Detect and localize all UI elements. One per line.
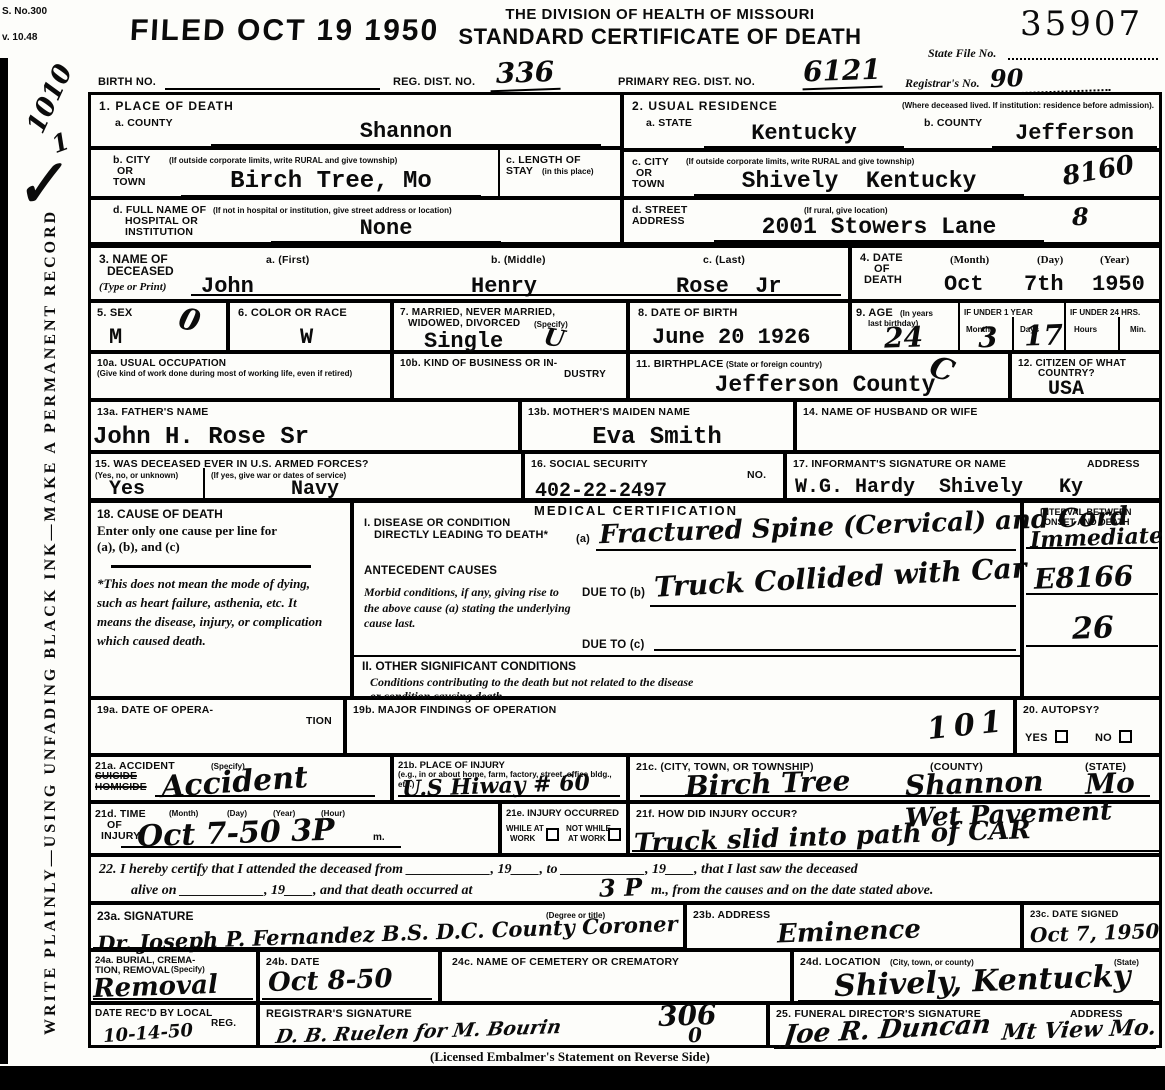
s23-address-value: Eminence	[777, 914, 922, 949]
s18-line1: Enter only one cause per line for (a), (…	[97, 523, 297, 555]
field-14-spouse-box: 14. NAME OF HUSBAND OR WIFE	[795, 400, 1162, 452]
s19b-handwritten-101: 101	[925, 704, 1009, 747]
s2-city-handwritten: 8160	[1060, 150, 1136, 192]
s20-no-label: NO	[1095, 732, 1112, 745]
s9-div2	[1012, 317, 1014, 350]
med-disease-label2: DIRECTLY LEADING TO DEATH*	[374, 529, 548, 542]
s16-title2: NO.	[747, 469, 766, 482]
s4-day-value: 7th	[1024, 272, 1064, 297]
reg-dist-value: 336	[489, 55, 560, 92]
med-divider	[354, 655, 1020, 657]
primary-reg-value: 6121	[801, 53, 882, 91]
s23-sig-label: 23a. SIGNATURE	[97, 909, 193, 923]
field-3-name-box: 3. NAME OF DECEASED (Type or Print) a. (…	[88, 245, 850, 301]
birth-no-label: BIRTH NO.	[98, 76, 156, 89]
field-10b-industry-box: 10b. KIND OF BUSINESS OR IN- DUSTRY	[392, 352, 628, 400]
s24-d-line	[798, 986, 1153, 1002]
field-23c-date-box: 23c. DATE SIGNED Oct 7, 1950	[1022, 903, 1162, 950]
s3-middle-label: b. (Middle)	[491, 254, 546, 267]
s4-year-label: (Year)	[1100, 254, 1129, 266]
field-8-birthdate-box: 8. DATE OF BIRTH June 20 1926	[628, 301, 850, 352]
s18-rule	[111, 565, 311, 568]
s5-handwritten-mark: 0	[175, 301, 204, 340]
s24-d-label: 24d. LOCATION	[800, 956, 881, 969]
med-c-label: DUE TO (c)	[582, 639, 645, 653]
s1-city-label3: TOWN	[113, 176, 146, 189]
field-13a-father-box: 13a. FATHER'S NAME John H. Rose Sr	[88, 400, 520, 452]
s1-hosp-value: None	[271, 216, 501, 243]
registrar-no-value: 90	[989, 60, 1110, 95]
s16-title: 16. SOCIAL SECURITY	[531, 458, 648, 471]
s4-year-value: 1950	[1092, 272, 1145, 297]
footer-note: (Licensed Embalmer's Statement on Revers…	[430, 1049, 710, 1065]
field-7-marital-box: 7. MARRIED, NEVER MARRIED, WIDOWED, DIVO…	[392, 301, 628, 352]
scan-edge-left	[0, 58, 8, 1064]
field-21d-box: 21d. TIME OF INJURY (Month) (Day) (Year)…	[88, 802, 500, 855]
s9-div1	[958, 303, 960, 350]
field-15-armed-forces-box: 15. WAS DECEASED EVER IN U.S. ARMED FORC…	[88, 452, 523, 500]
s3-underline	[191, 276, 841, 296]
field-funeral-director-box: 25. FUNERAL DIRECTOR'S SIGNATURE ADDRESS…	[768, 1003, 1162, 1048]
s21f-title: 21f. HOW DID INJURY OCCUR?	[636, 808, 798, 821]
s1-city-value: Birch Tree, Mo	[181, 168, 481, 197]
s12-value: USA	[1048, 378, 1084, 401]
med-a-label: (a)	[576, 533, 590, 546]
s3-first-label: a. (First)	[266, 254, 309, 267]
s8-title: 8. DATE OF BIRTH	[638, 307, 738, 320]
s8-value: June 20 1926	[652, 325, 810, 350]
s13a-value: John H. Rose Sr	[93, 424, 493, 453]
field-21a-box: 21a. ACCIDENT (Specify) SUICIDE HOMICIDE…	[88, 755, 392, 802]
field-24c-cemetery-box: 24c. NAME OF CEMETERY OR CREMATORY	[440, 950, 792, 1003]
field-24a-burial-box: 24a. BURIAL, CREMA- TION, REMOVAL (Speci…	[88, 950, 258, 1003]
s21c-line	[640, 779, 1150, 797]
s21f-line	[632, 836, 1160, 852]
med-antecedent: ANTECEDENT CAUSES	[364, 565, 497, 579]
s18-title: 18. CAUSE OF DEATH	[97, 507, 223, 521]
s9-years-value: 24	[883, 320, 923, 354]
field-21e-box: 21e. INJURY OCCURRED WHILE AT WORK NOT W…	[500, 802, 628, 855]
s11-title: 11. BIRTHPLACE	[636, 358, 723, 371]
s5-title: 5. SEX	[97, 307, 132, 320]
s1-hosp-note: (If not in hospital or institution, give…	[213, 206, 603, 216]
field-16-ssn-box: 16. SOCIAL SECURITY NO. 402-22-2497	[523, 452, 785, 500]
state-file-number: 35907	[1020, 4, 1143, 44]
s2-street-label2: ADDRESS	[632, 215, 685, 228]
field-1c-stay-box: c. LENGTH OF STAY (in this place)	[498, 148, 622, 198]
s13b-title: 13b. MOTHER'S MAIDEN NAME	[528, 406, 690, 419]
s2-street-value: 2001 Stowers Lane	[714, 214, 1044, 242]
s9-under24: IF UNDER 24 HRS.	[1070, 308, 1164, 318]
s25-recd-value: 10-14-50	[102, 1020, 193, 1047]
field-2d-box: d. STREET ADDRESS (If rural, give locati…	[622, 198, 1162, 245]
s19a-title: 19a. DATE OF OPERA-	[97, 704, 213, 717]
s15-title: 15. WAS DECEASED EVER IN U.S. ARMED FORC…	[95, 458, 369, 471]
field-4-date-of-death-box: 4. DATE OF DEATH (Month) (Day) (Year) Oc…	[850, 245, 1162, 301]
death-certificate-page: S. No.300 v. 10.48 WRITE PLAINLY—USING U…	[0, 0, 1165, 1090]
field-21b-box: 21b. PLACE OF INJURY (e.g., in or about …	[392, 755, 628, 802]
interval-line3	[1026, 631, 1158, 647]
s2-county-label: b. COUNTY	[924, 117, 982, 130]
s20-yes-label: YES	[1025, 732, 1048, 745]
s22-line2b: m., from the causes and on the date stat…	[651, 883, 933, 899]
s14-title: 14. NAME OF HUSBAND OR WIFE	[803, 406, 978, 419]
s19a-title2: TION	[306, 715, 332, 728]
s17-title: 17. INFORMANT'S SIGNATURE OR NAME	[793, 458, 1006, 471]
med-c-line	[654, 633, 1016, 651]
s7-value: Single	[424, 329, 503, 354]
s1-county-label: a. COUNTY	[115, 117, 173, 130]
s21e-title: 21e. INJURY OCCURRED	[506, 808, 619, 820]
s6-value: W	[300, 325, 313, 350]
s17-address-label: ADDRESS	[1087, 458, 1140, 471]
interval-line2	[1026, 579, 1158, 595]
field-1b-city-box: b. CITY OR TOWN (If outside corporate li…	[88, 148, 498, 198]
s10b-title: 10b. KIND OF BUSINESS OR IN-	[400, 358, 557, 370]
s3-last-label: c. (Last)	[703, 254, 745, 267]
s25-recd-label: DATE REC'D BY LOCAL	[95, 1008, 212, 1020]
s17-value: W.G. Hardy Shively Ky	[795, 476, 1150, 501]
certificate-title: STANDARD CERTIFICATE OF DEATH	[380, 24, 940, 50]
s23-date-value: Oct 7, 1950	[1030, 919, 1160, 947]
form-number-top: S. No.300	[2, 6, 47, 19]
s22-line2a: alive on ____________, 19____, and that …	[131, 883, 472, 899]
s25-registrar-line	[268, 1031, 638, 1047]
form-number-bottom: v. 10.48	[2, 32, 37, 45]
field-11-birthplace-box: 11. BIRTHPLACE (State or foreign country…	[628, 352, 1010, 400]
s10b-title2: DUSTRY	[564, 369, 606, 381]
field-21f-box: 21f. HOW DID INJURY OCCUR? Wet Pavement …	[628, 802, 1162, 855]
field-21c-box: 21c. (CITY, TOWN, OR TOWNSHIP) (COUNTY) …	[628, 755, 1162, 802]
field-19a-box: 19a. DATE OF OPERA- TION	[88, 698, 345, 755]
s2-title: 2. USUAL RESIDENCE	[632, 99, 778, 113]
s9-under1: IF UNDER 1 YEAR	[964, 308, 1064, 318]
field-9-age-box: 9. AGE (In years last birthday) 24 IF UN…	[850, 301, 1162, 352]
interval-box: INTERVAL BETWEEN ONSET AND DEATH Immedia…	[1022, 500, 1162, 698]
dept-title: THE DIVISION OF HEALTH OF MISSOURI	[380, 6, 940, 24]
s9-min-label: Min.	[1130, 325, 1146, 335]
s21a-line	[155, 777, 375, 797]
s4-month-label: (Month)	[950, 254, 989, 266]
field-10a-occupation-box: 10a. USUAL OCCUPATION (Give kind of work…	[88, 352, 392, 400]
s1-hosp-label3: INSTITUTION	[125, 226, 193, 239]
s2-city-value: Shively Kentucky	[694, 168, 1024, 196]
field-20-autopsy-box: 20. AUTOPSY? YES NO	[1015, 698, 1162, 755]
registrar-no-label: Registrar's No.	[905, 76, 980, 91]
scan-edge-bottom	[0, 1066, 1165, 1090]
s4-title3: DEATH	[864, 274, 902, 287]
s9-hours-label: Hours	[1074, 325, 1097, 335]
s2-title-note: (Where deceased lived. If institution: r…	[824, 101, 1154, 111]
med-a-line	[596, 529, 1016, 551]
s5-value: M	[109, 325, 122, 350]
s25-registrar-label: REGISTRAR'S SIGNATURE	[266, 1008, 412, 1021]
s21e-opt2b: AT WORK	[568, 834, 606, 844]
field-13b-mother-box: 13b. MOTHER'S MAIDEN NAME Eva Smith	[520, 400, 795, 452]
s1-stay-label2: STAY	[506, 165, 533, 178]
state-file-label: State File No.	[928, 46, 996, 61]
s20-title: 20. AUTOPSY?	[1023, 704, 1100, 717]
s9-note: (In years	[900, 309, 933, 319]
s25-recd-label2: REG.	[211, 1018, 236, 1030]
s2-county-value: Jefferson	[992, 121, 1157, 148]
med-other-title: II. OTHER SIGNIFICANT CONDITIONS	[362, 659, 576, 673]
s2-city-label3: TOWN	[632, 178, 665, 191]
field-17-informant-box: 17. INFORMANT'S SIGNATURE OR NAME ADDRES…	[785, 452, 1162, 500]
field-1d-hospital-box: d. FULL NAME OF HOSPITAL OR INSTITUTION …	[88, 198, 622, 245]
margin-instruction-text: WRITE PLAINLY—USING UNFADING BLACK INK—M…	[42, 175, 72, 1035]
field-12-citizen-box: 12. CITIZEN OF WHAT COUNTRY? USA	[1010, 352, 1162, 400]
s18-note: *This does not mean the mode of dying, s…	[97, 575, 332, 650]
birth-no-line	[165, 72, 380, 90]
s4-month-value: Oct	[944, 272, 984, 297]
field-18-cause-box: 18. CAUSE OF DEATH Enter only one cause …	[88, 500, 352, 698]
s9-months-value: 3	[977, 321, 998, 355]
field-6-race-box: 6. COLOR OR RACE W	[228, 301, 392, 352]
s21b-line	[398, 781, 620, 797]
s7-handwritten-mark: U	[542, 321, 568, 353]
s20-no-checkbox[interactable]	[1119, 730, 1132, 743]
state-file-line	[1008, 46, 1158, 60]
s4-day-label: (Day)	[1037, 254, 1063, 266]
field-19b-box: 19b. MAJOR FINDINGS OF OPERATION 101	[345, 698, 1015, 755]
s25-code-0: 0	[688, 1023, 703, 1047]
s6-title: 6. COLOR OR RACE	[238, 307, 347, 320]
s3-note: (Type or Print)	[99, 281, 166, 293]
s2-city-note: (If outside corporate limits, write RURA…	[686, 157, 1016, 167]
s21e-opt2a: NOT WHILE	[566, 824, 611, 834]
s10a-note: (Give kind of work done during most of w…	[97, 369, 387, 379]
field-24d-location-box: 24d. LOCATION (City, town, or county) (S…	[792, 950, 1162, 1003]
s3-title2: DECEASED	[107, 264, 174, 278]
s15-divider	[203, 468, 205, 500]
field-2c-box: c. CITY OR TOWN (If outside corporate li…	[622, 150, 1162, 198]
s2-street-handwritten8: 8	[1071, 202, 1089, 232]
field-23a-signature-box: 23a. SIGNATURE (Degree or title) Dr. Jos…	[88, 903, 685, 950]
s9-div4	[1118, 317, 1120, 350]
reg-dist-label: REG. DIST. NO.	[393, 76, 475, 89]
s1-city-note: (If outside corporate limits, write RURA…	[169, 156, 469, 166]
s9-days-value: 17	[1023, 318, 1063, 352]
field-1a-county-box: 1. PLACE OF DEATH a. COUNTY Shannon	[88, 92, 622, 148]
s2-state-label: a. STATE	[646, 117, 692, 130]
s13b-value: Eva Smith	[542, 424, 772, 453]
med-b-line	[650, 585, 1016, 607]
s23-addr-label: 23b. ADDRESS	[693, 909, 770, 922]
field-registrar-box: REGISTRAR'S SIGNATURE D. B. Ruelen for M…	[258, 1003, 768, 1048]
s21a-homicide-label: HOMICIDE	[95, 782, 147, 794]
margin-checkmark: ✓	[9, 147, 69, 223]
s20-yes-checkbox[interactable]	[1055, 730, 1068, 743]
s21e-notwhile-checkbox[interactable]	[608, 828, 621, 841]
field-23b-address-box: 23b. ADDRESS Eminence	[685, 903, 1022, 950]
s11-value: Jefferson County	[660, 372, 990, 400]
s21e-opt1a: WHILE AT	[506, 824, 544, 834]
s21e-opt1b: WORK	[510, 834, 535, 844]
s21e-while-checkbox[interactable]	[546, 828, 559, 841]
field-2ab-box: 2. USUAL RESIDENCE (Where deceased lived…	[622, 92, 1162, 150]
margin-handwritten-1010: 1010	[21, 60, 79, 138]
field-5-sex-box: 5. SEX 0 M	[88, 301, 228, 352]
s23-sig-line	[93, 933, 683, 949]
s24-c-label: 24c. NAME OF CEMETERY OR CREMATORY	[452, 956, 679, 969]
field-recd-box: DATE REC'D BY LOCAL REG. 10-14-50	[88, 1003, 258, 1048]
s24-b-line	[262, 984, 432, 1000]
s24-a-line	[93, 984, 253, 1000]
s25-funeral-line	[774, 1035, 1156, 1049]
s23-date-label: 23c. DATE SIGNED	[1030, 909, 1119, 920]
s9-div3	[1064, 303, 1066, 350]
s2-state-value: Kentucky	[704, 121, 904, 148]
s11-note: (State or foreign country)	[726, 360, 822, 370]
interval-line1	[1026, 533, 1158, 549]
med-morbid-note: Morbid conditions, if any, giving rise t…	[364, 585, 574, 632]
s1-title: 1. PLACE OF DEATH	[99, 99, 234, 113]
s1-stay-note: (in this place)	[542, 167, 594, 177]
s13a-title: 13a. FATHER'S NAME	[97, 406, 209, 419]
s19b-title: 19b. MAJOR FINDINGS OF OPERATION	[353, 704, 556, 717]
field-24b-date-box: 24b. DATE Oct 8-50	[258, 950, 440, 1003]
primary-reg-label: PRIMARY REG. DIST. NO.	[618, 76, 755, 89]
s1-county-value: Shannon	[211, 119, 601, 146]
field-22-certify-box: 22. I hereby certify that I attended the…	[88, 855, 1162, 903]
s21d-line	[121, 832, 401, 848]
medical-certification-box: MEDICAL CERTIFICATION I. DISEASE OR COND…	[352, 500, 1022, 698]
s22-handwritten-time: 3 P	[599, 872, 643, 902]
med-b-label: DUE TO (b)	[582, 587, 645, 601]
